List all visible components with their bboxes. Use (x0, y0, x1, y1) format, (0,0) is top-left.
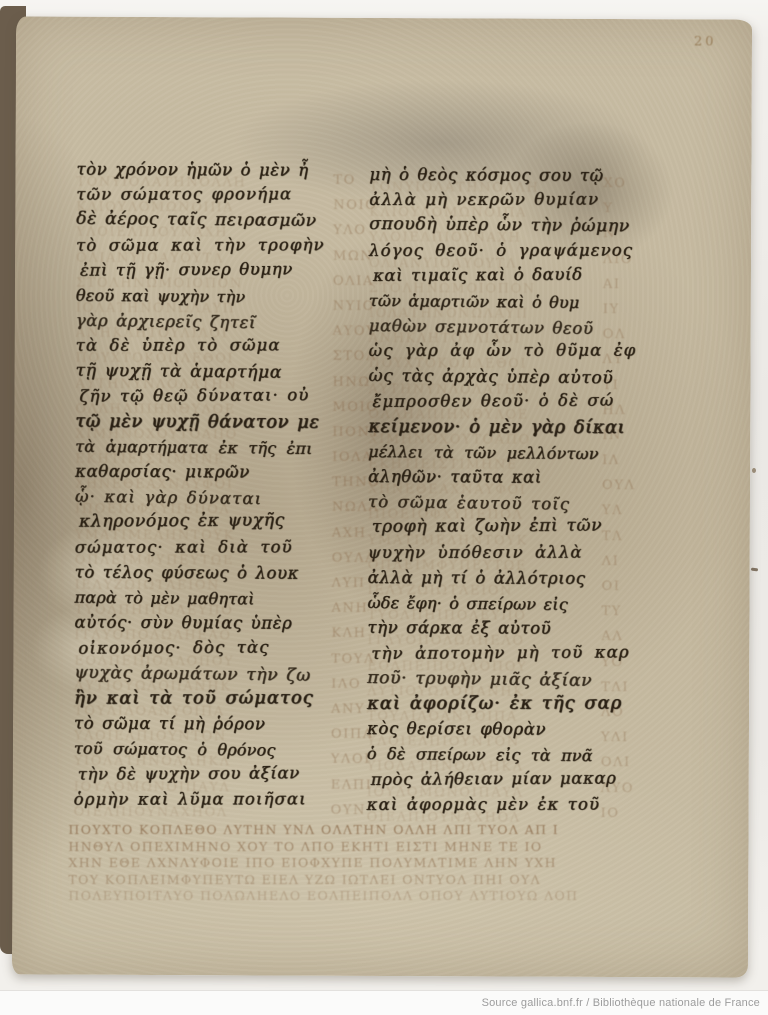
manuscript-line: ἐπὶ τῇ γῇ· συνερ θυμην (80, 256, 364, 283)
manuscript-line: μὴ ὁ θεὸς κόσμος σου τῷ (369, 162, 665, 188)
manuscript-line: θεοῦ καὶ ψυχὴν τὴν (76, 283, 360, 311)
manuscript-line: τὴν σάρκα ἐξ αὐτοῦ (367, 615, 663, 641)
undertext-line: ΠΟΥΧΤΟ ΚΟΠΛΕΘΟ ΛΥΤΗΝ ΥΝΛ ΟΛΛΤΗΝ ΟΛΛΗ ΛΠΙ… (68, 822, 716, 839)
manuscript-line: ὡς γὰρ ἀφ ὧν τὸ θῦμα ἐφ (369, 338, 665, 364)
manuscript-line: οἰκονόμος· δὸς τὰς (78, 633, 362, 660)
manuscript-line: ἀλλὰ μὴ τί ὁ ἀλλότριος (368, 565, 664, 591)
manuscript-line: ὁρμὴν καὶ λῦμα ποιῆσαι (74, 786, 358, 812)
manuscript-line: τὴν δὲ ψυχὴν σου ἀξίαν (78, 759, 362, 786)
undertext-line: ΠΟΛΕΥΠΟΙΤΛΥΟ ΠΟΛΩΛΗΕΛΟ ΕΟΛΠΕΙΠΟΛΛ ΟΠΟΥ Λ… (68, 888, 716, 905)
manuscript-line: τὸν χρόνον ἡμῶν ὁ μὲν ἦ (76, 157, 360, 183)
right-text-column: μὴ ὁ θεὸς κόσμος σου τῷἀλλὰ μὴ νεκρῶν θυ… (367, 162, 666, 818)
manuscript-line: πρὸς ἀλήθειαν μίαν μακαρ (371, 765, 667, 792)
undertext-line: ΗΝΘΥΛ ΟΠΕΧΙΜΗΝΟ ΧΟΥ ΤΟ ΛΠΟ ΕΚΗΤΙ ΕΙΣΤΙ Μ… (68, 839, 716, 856)
folio-number: 20 (694, 34, 717, 49)
undertext-line: ΧΗΝ ΕΘΕ ΛΧΝΛΥΦΟΙΕ ΙΠΟ ΕΙΟΦΧΥΠΕ ΠΟΛΥΜΛΤΙΜ… (68, 855, 716, 872)
left-text-column: τὸν χρόνον ἡμῶν ὁ μὲν ἦτῶν σώματος φρονή… (74, 157, 361, 813)
manuscript-line: τὸ τέλος φύσεως ὁ λουκ (75, 560, 359, 586)
manuscript-line: δὲ ἀέρος ταῖς πειρασμῶν (76, 207, 360, 235)
manuscript-line: ἀλλὰ μὴ νεκρῶν θυμίαν (369, 187, 665, 213)
manuscript-line: ἔμπροσθεν θεοῦ· ὁ δὲ σώ (372, 387, 668, 414)
attribution-text: Source gallica.bnf.fr / Bibliothèque nat… (482, 991, 760, 1015)
dust-speck (752, 468, 756, 473)
manuscript-line: ψυχὴν ὑπόθεσιν ἀλλὰ (368, 539, 664, 565)
manuscript-line: ζῆν τῷ θεῷ δύναται· οὐ (79, 382, 363, 409)
manuscript-line: ὧδε ἔφη· ὁ σπείρων εἰς (367, 590, 663, 618)
manuscript-line: τὸ σῶμα καὶ τὴν τροφὴν (76, 232, 360, 258)
manuscript-line: ἀληθῶν· ταῦτα καὶ (368, 464, 664, 490)
manuscript-line: τῶν σώματος φρονήμα (76, 181, 360, 207)
manuscript-line: καὶ ἀφορμὰς μὲν ἐκ τοῦ (367, 791, 663, 817)
manuscript-line: κληρονόμος ἐκ ψυχῆς (79, 508, 363, 535)
manuscript-line: τῷ μὲν ψυχῇ θάνατον με (75, 409, 359, 435)
manuscript-line: τὸ σῶμα τί μὴ ῥόρον (74, 711, 358, 737)
manuscript-photo: 20 ΤΟΝΥΙΟΛΑΤΗΝΟΛΛΗΚΛΙΟΥΛΟΜΩΝΟΙΠΑΥΛΟΙΕΛΠΙ… (0, 0, 768, 990)
manuscript-line: σώματος· καὶ διὰ τοῦ (75, 534, 359, 560)
manuscript-line: τὴν ἀποτομὴν μὴ τοῦ καρ (371, 639, 667, 666)
manuscript-line: ἣν καὶ τὰ τοῦ σώματος (74, 685, 358, 711)
manuscript-line: τῶν ἁμαρτιῶν καὶ ὁ θυμ (369, 288, 665, 316)
dust-speck (751, 568, 758, 572)
manuscript-page: 20 ΤΟΝΥΙΟΛΑΤΗΝΟΛΛΗΚΛΙΟΥΛΟΜΩΝΟΙΠΑΥΛΟΙΕΛΠΙ… (12, 16, 752, 977)
manuscript-line: τὰ δὲ ὑπὲρ τὸ σῶμα (76, 332, 360, 358)
manuscript-line: μέλλει τὰ τῶν μελλόντων (368, 439, 664, 467)
manuscript-line: καθαρσίας· μικρῶν (75, 459, 359, 485)
palimpsest-undertext-bottom: ΠΟΥΧΤΟ ΚΟΠΛΕΘΟ ΛΥΤΗΝ ΥΝΛ ΟΛΛΤΗΝ ΟΛΛΗ ΛΠΙ… (68, 822, 716, 905)
manuscript-line: λόγος θεοῦ· ὁ γραψάμενος (369, 237, 665, 263)
manuscript-line: τροφὴ καὶ ζωὴν ἐπὶ τῶν (372, 513, 668, 540)
manuscript-line: κείμενον· ὁ μὲν γὰρ δίκαι (368, 414, 664, 440)
undertext-line: ΤΟΥ ΚΟΠΛΕΙΜΦΥΠΕΥΤΩ ΕΙΕΛ ΥΖΩ ΙΩΤΛΕΙ ΟΝΤΥΟ… (68, 872, 716, 889)
manuscript-line: καὶ τιμαῖς καὶ ὁ δαυίδ (373, 261, 669, 288)
manuscript-line: σπουδὴ ὑπὲρ ὧν τὴν ῥώμην (369, 212, 665, 240)
manuscript-line: κὸς θερίσει φθορὰν (367, 716, 663, 742)
attribution-bar: Source gallica.bnf.fr / Bibliothèque nat… (0, 990, 768, 1015)
gallica-scan-viewport: 20 ΤΟΝΥΙΟΛΑΤΗΝΟΛΛΗΚΛΙΟΥΛΟΜΩΝΟΙΠΑΥΛΟΙΕΛΠΙ… (0, 0, 768, 1015)
manuscript-line: αὐτός· σὺν θυμίας ὑπὲρ (74, 610, 358, 636)
manuscript-line: τὰ ἁμαρτήματα ἐκ τῆς ἐπι (75, 434, 359, 462)
manuscript-line: παρὰ τὸ μὲν μαθηταὶ (74, 585, 358, 613)
manuscript-line: καὶ ἀφορίζω· ἐκ τῆς σαρ (367, 690, 663, 716)
